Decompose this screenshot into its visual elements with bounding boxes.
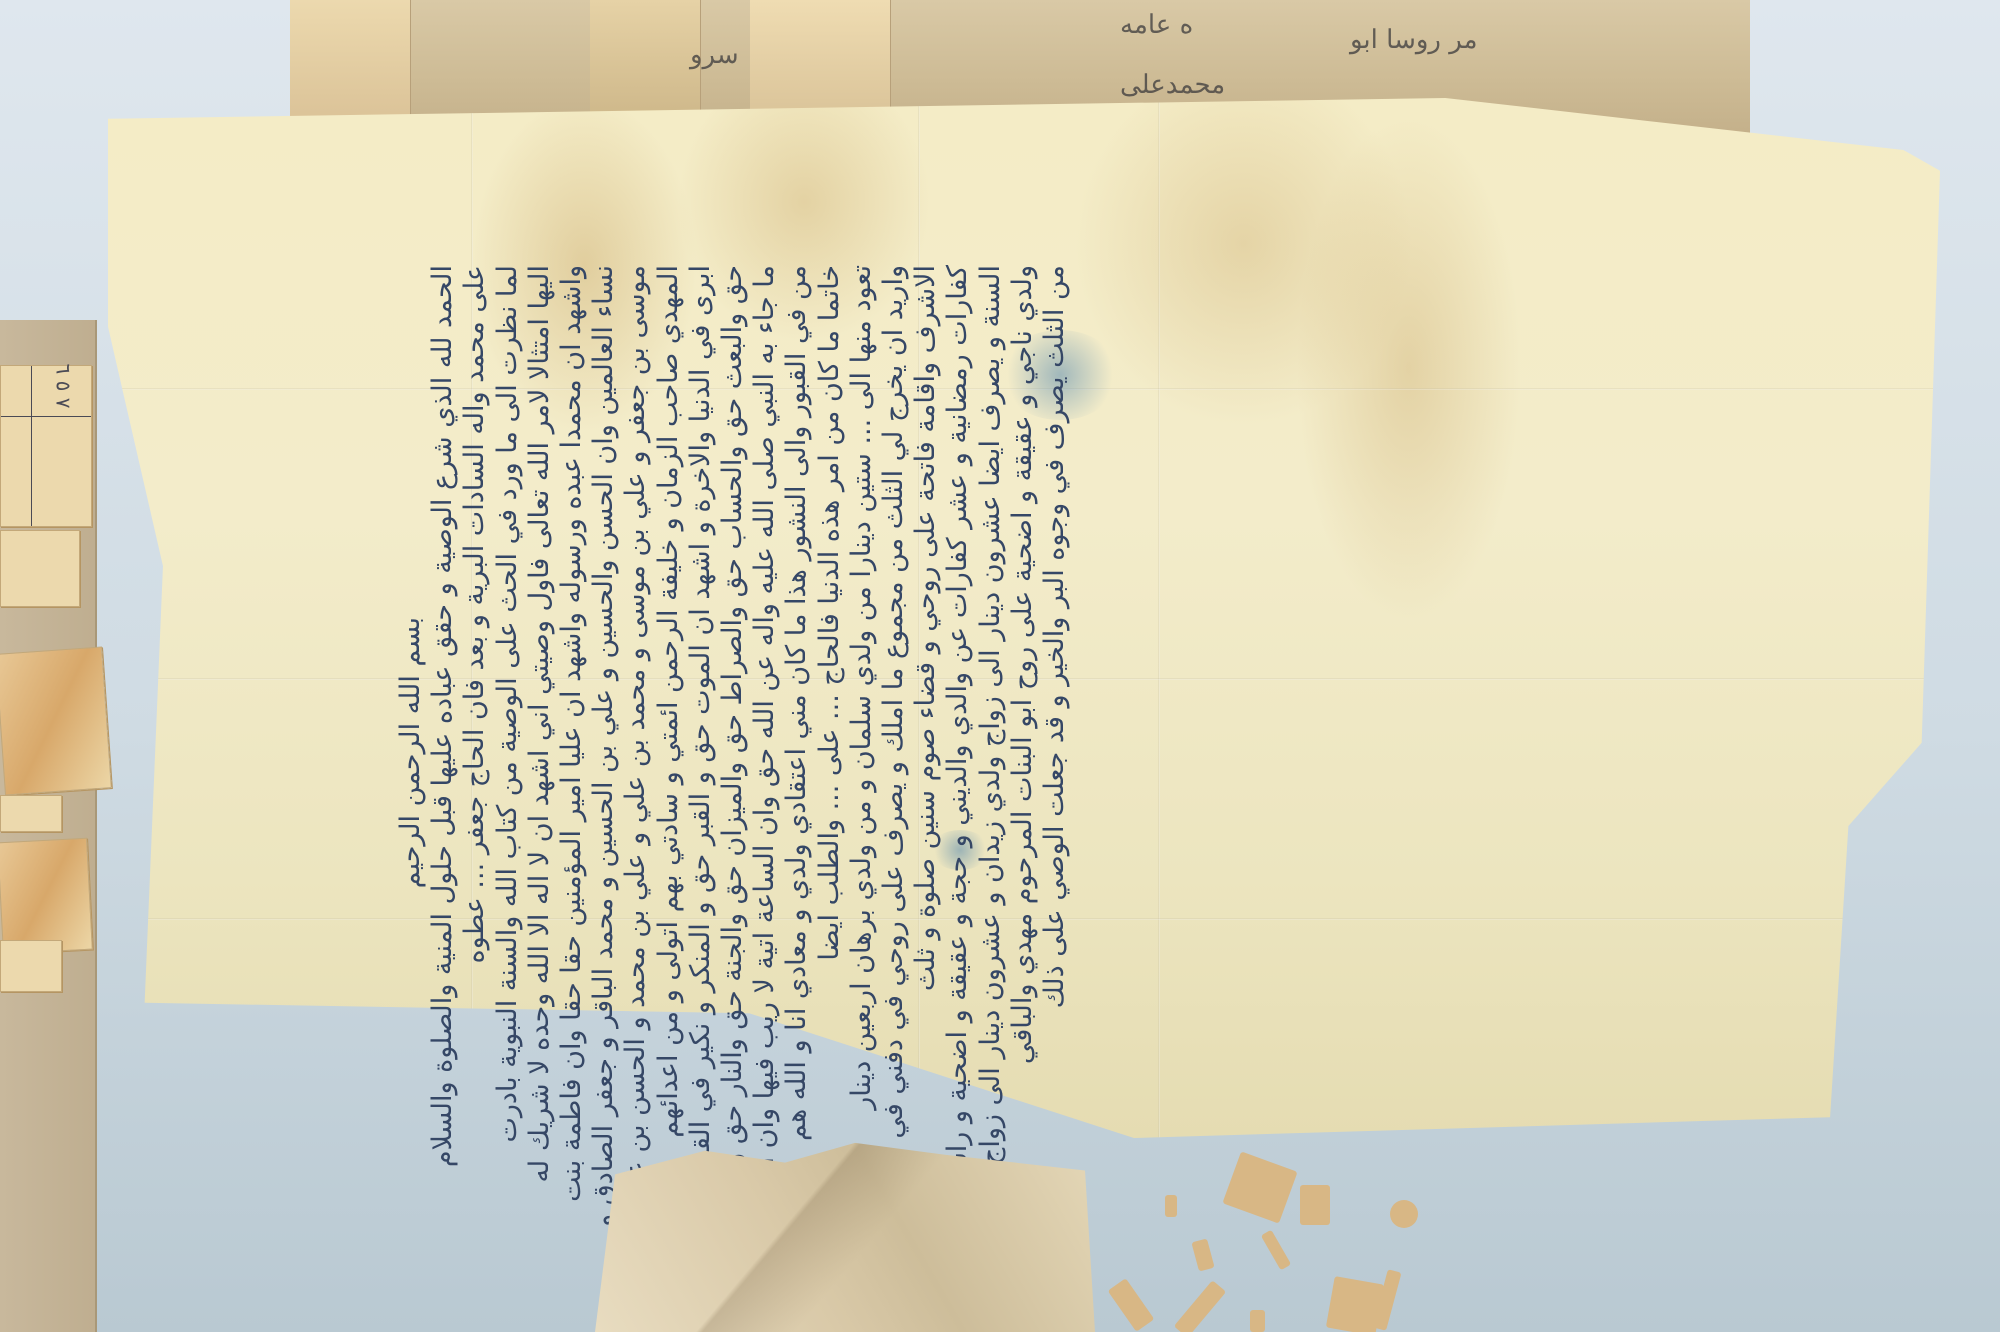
text-line: الحمد لله الذي شرع الوصية و حقق عباده عل… [427, 265, 459, 1145]
paper-fragment: ٧ ٥ ٦ [0, 365, 92, 527]
text-line: ما جاء به النبي صلى الله عليه واله عن ال… [749, 265, 781, 1145]
text-line: من الثلث يصرف في وجوه البر والخير و قد ج… [1039, 265, 1071, 1145]
text-line: اليها امتثالا لامر الله تعالى فاول وصيتي… [524, 265, 556, 1145]
paper-chip [1222, 1151, 1297, 1223]
text-line: لما نظرت الى ما ورد في الحث على الوصية م… [492, 265, 524, 1145]
text-line: كفارات رمضانية و عشر كفارات عن والدي وال… [942, 265, 974, 1145]
paper-fragment [0, 940, 62, 992]
paper-chip [1300, 1185, 1330, 1225]
ink-snippet: ه عامه [1120, 10, 1193, 40]
paper-chip [1261, 1230, 1291, 1271]
ink-snippet: محمدعلی [1120, 70, 1225, 100]
ruled-line [31, 366, 32, 526]
text-line: خاتما ما كان من امر هذه الدنيا فالحاج ..… [814, 265, 846, 1145]
paper-chip [1390, 1200, 1418, 1228]
ruled-line [1, 416, 91, 417]
text-line: الاشرف واقامة فاتحة على روحي و قضاء صوم … [910, 265, 942, 1145]
manuscript-text-block: بسم الله الرحمن الرحيم الحمد لله الذي شر… [395, 265, 1315, 1145]
text-line: حق والبعث حق والحساب حق والصراط حق والمي… [717, 265, 749, 1145]
left-document-stack: ٧ ٥ ٦ [0, 320, 97, 1332]
manuscript-text-rotated: بسم الله الرحمن الرحيم الحمد لله الذي شر… [395, 265, 1315, 1145]
paper-chip [1250, 1310, 1265, 1332]
text-line: موسى بن جعفر و علي بن موسى و محمد بن علي… [620, 265, 652, 1145]
fragment-label: ٧ ٥ ٦ [51, 364, 75, 409]
text-line: على محمد واله السادات البرية و بعد فان ا… [459, 265, 491, 1145]
text-line: ولدي ناجي و عقيقة و اضحية على روح ابو ال… [1007, 265, 1039, 1145]
paper-chip [1165, 1195, 1177, 1217]
paper-chip [1191, 1238, 1214, 1271]
text-line: ابرى في الدنيا والاخرة و اشهد ان الموت ح… [685, 265, 717, 1145]
paper-fragment [0, 530, 80, 607]
text-line: من في القبور والى النشور هذا ما كان مني … [781, 265, 813, 1145]
ink-snippet: سرو [690, 40, 739, 70]
ink-snippet: مر روسا ابو [1350, 25, 1478, 55]
paper-fragment [0, 795, 62, 832]
paper-chip [1174, 1280, 1226, 1332]
basmala-line: بسم الله الرحمن الرحيم [395, 265, 427, 1145]
text-line: المهدي صاحب الزمان و خليفة الرحمن ائمتي … [653, 265, 685, 1145]
text-line: نساء العالمين وان الحسن والحسين و علي بن… [588, 265, 620, 1145]
text-line: السنة و يصرف ايضا عشرون دينار الى زواج و… [975, 265, 1007, 1145]
text-line: واشهد ان محمدا عبده ورسوله واشهد ان عليا… [556, 265, 588, 1145]
paper-chip [1108, 1278, 1155, 1332]
fragment-pile [595, 1135, 1095, 1332]
paper-fragment [0, 646, 112, 795]
paper-fragment [0, 838, 93, 955]
text-line: واريد ان يخرج لي الثلث من مجموع ما املك … [878, 265, 910, 1145]
text-line: تعود منها الى ... ستين دينارا من ولدي سل… [846, 265, 878, 1145]
